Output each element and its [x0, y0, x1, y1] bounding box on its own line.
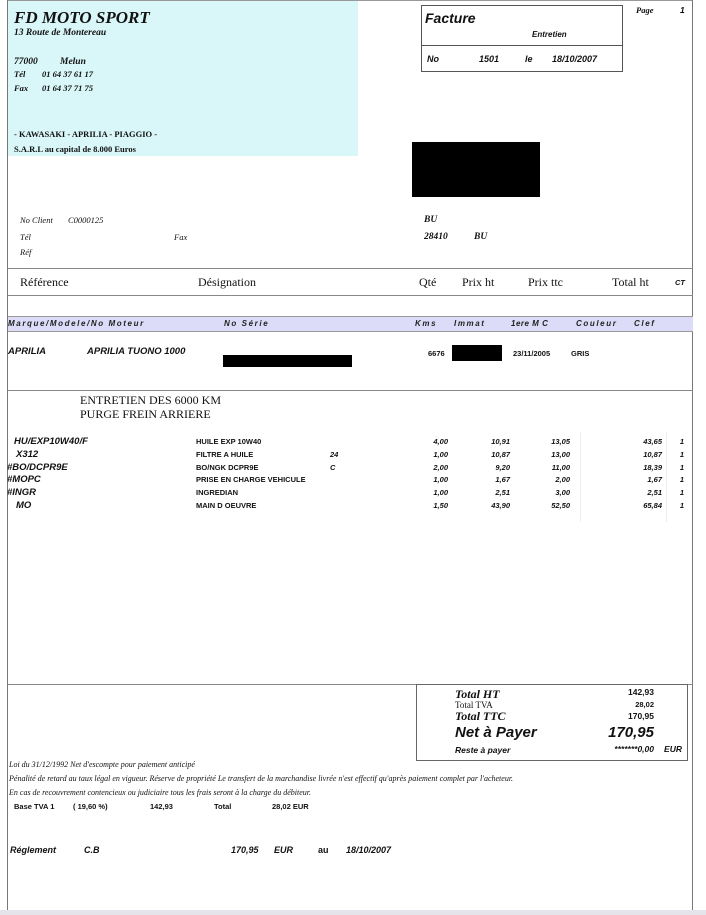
- vh-key: Clef: [634, 319, 656, 328]
- invoice-title: Facture: [425, 10, 476, 26]
- invoice-date-label: le: [525, 54, 533, 64]
- vehicle-model: APRILIA TUONO 1000: [87, 346, 185, 357]
- table-row: #MOPCPRISE EN CHARGE VEHICULE1,001,672,0…: [0, 474, 706, 487]
- item-ct: 1: [672, 437, 684, 446]
- net-to-pay-label: Net à Payer: [455, 724, 537, 741]
- item-price-ht: 10,87: [480, 450, 510, 459]
- redacted-client-name: [412, 142, 540, 197]
- invoice-date: 18/10/2007: [552, 54, 597, 64]
- item-reference: #INGR: [7, 487, 36, 498]
- company-tel: 01 64 37 61 17: [42, 69, 93, 79]
- col-designation: Désignation: [198, 275, 256, 290]
- company-legal: S.A.R.L au capital de 8.000 Euros: [14, 144, 136, 154]
- remaining-value: *******0,00: [614, 744, 654, 754]
- remaining-label: Reste à payer: [455, 745, 510, 755]
- vh-brand-model: Marque/Modele/No Moteur: [8, 319, 145, 328]
- table-row: X312FILTRE A HUILE241,0010,8713,0010,871: [0, 449, 706, 462]
- total-tva-value: 28,02: [635, 700, 654, 709]
- item-ct: 1: [672, 488, 684, 497]
- item-price-ht: 2,51: [480, 488, 510, 497]
- table-row: #BO/DCPR9EBO/NGK DCPR9EC2,009,2011,0018,…: [0, 462, 706, 475]
- vh-serial: No Série: [224, 319, 269, 328]
- page-bottom-edge: [0, 910, 706, 915]
- client-no-label: No Client: [20, 215, 53, 225]
- remaining-currency: EUR: [664, 744, 682, 754]
- item-qty: 1,00: [420, 475, 448, 484]
- client-city: BU: [474, 232, 487, 242]
- item-price-ht: 9,20: [480, 463, 510, 472]
- item-ct: 1: [672, 501, 684, 510]
- vehicle-brand: APRILIA: [8, 346, 46, 357]
- total-ht-value: 142,93: [628, 687, 654, 697]
- item-price-ttc: 52,50: [540, 501, 570, 510]
- client-fax-label: Fax: [174, 232, 187, 242]
- company-header: FD MOTO SPORT 13 Route de Montereau 7700…: [8, 1, 358, 156]
- header-top-rule: [8, 268, 693, 269]
- item-price-ttc: 13,00: [540, 450, 570, 459]
- vat-label: Base TVA 1: [14, 802, 54, 811]
- vehicle-kms: 6676: [428, 349, 445, 358]
- client-postcode: 28410: [424, 232, 448, 242]
- vat-total: 28,02 EUR: [272, 802, 309, 811]
- item-designation: BO/NGK DCPR9E: [196, 463, 259, 472]
- invoice-number: 1501: [479, 54, 499, 64]
- item-reference: MO: [16, 500, 31, 511]
- invoice-header-box: Facture Entretien No 1501 le 18/10/2007: [421, 5, 623, 72]
- legal-note-2: Pénalité de retard au taux légal en vigu…: [9, 774, 513, 783]
- legal-note-3: En cas de recouvrement contencieux ou ju…: [9, 788, 311, 797]
- table-row: #INGRINGREDIAN1,002,513,002,511: [0, 487, 706, 500]
- item-extra: 24: [330, 450, 350, 459]
- item-price-ttc: 11,00: [540, 463, 570, 472]
- company-name: FD MOTO SPORT: [14, 8, 150, 28]
- item-total-ht: 65,84: [630, 501, 662, 510]
- company-address: 13 Route de Montereau: [14, 28, 106, 38]
- item-price-ht: 43,90: [480, 501, 510, 510]
- work-description-2: PURGE FREIN ARRIERE: [80, 407, 211, 422]
- vehicle-color: GRIS: [571, 349, 589, 358]
- col-qty: Qté: [419, 275, 436, 290]
- vehicle-first-mc: 23/11/2005: [513, 349, 550, 358]
- payment-date: 18/10/2007: [346, 845, 391, 855]
- item-reference: #BO/DCPR9E: [7, 462, 68, 473]
- redacted-serial: [223, 355, 352, 367]
- item-designation: MAIN D OEUVRE: [196, 501, 256, 510]
- item-price-ttc: 2,00: [540, 475, 570, 484]
- invoice-number-label: No: [427, 54, 439, 64]
- payment-label: Réglement: [10, 845, 56, 855]
- item-designation: INGREDIAN: [196, 488, 238, 497]
- table-row: HU/EXP10W40/FHUILE EXP 10W404,0010,9113,…: [0, 436, 706, 449]
- redacted-immat: [452, 345, 502, 361]
- payment-at-label: au: [318, 845, 329, 855]
- item-total-ht: 1,67: [630, 475, 662, 484]
- vehicle-header-band: Marque/Modele/No Moteur No Série Kms Imm…: [8, 316, 693, 332]
- item-extra: C: [330, 463, 350, 472]
- payment-currency: EUR: [274, 845, 293, 855]
- company-postcode: 77000: [14, 57, 38, 67]
- col-price-ttc: Prix ttc: [528, 275, 563, 290]
- item-ct: 1: [672, 475, 684, 484]
- client-no: C0000125: [68, 215, 103, 225]
- vat-base: 142,93: [150, 802, 173, 811]
- invoice-box-divider: [422, 45, 622, 46]
- item-reference: X312: [16, 449, 38, 460]
- page-label: Page: [636, 5, 653, 15]
- table-row: MOMAIN D OEUVRE1,5043,9052,5065,841: [0, 500, 706, 513]
- company-brands: - KAWASAKI - APRILIA - PIAGGIO -: [14, 129, 157, 139]
- vat-total-label: Total: [214, 802, 231, 811]
- company-fax-label: Fax: [14, 83, 28, 93]
- item-designation: PRISE EN CHARGE VEHICULE: [196, 475, 306, 484]
- item-qty: 1,00: [420, 450, 448, 459]
- totals-box: Total HT 142,93 Total TVA 28,02 Total TT…: [416, 684, 688, 761]
- item-price-ttc: 3,00: [540, 488, 570, 497]
- company-city: Melun: [60, 57, 86, 67]
- client-ref-label: Réf: [20, 247, 31, 257]
- vehicle-bottom-rule: [8, 390, 693, 391]
- vh-immat: Immat: [454, 319, 486, 328]
- total-ttc-label: Total TTC: [455, 709, 506, 724]
- item-reference: HU/EXP10W40/F: [14, 436, 88, 447]
- item-ct: 1: [672, 463, 684, 472]
- client-name-line: BU: [424, 215, 437, 225]
- item-designation: FILTRE A HUILE: [196, 450, 253, 459]
- company-fax: 01 64 37 71 75: [42, 83, 93, 93]
- vh-color: Couleur: [576, 319, 617, 328]
- item-qty: 1,00: [420, 488, 448, 497]
- col-ct: CT: [675, 278, 685, 287]
- invoice-type: Entretien: [532, 30, 567, 39]
- col-price-ht: Prix ht: [462, 275, 494, 290]
- item-price-ht: 10,91: [480, 437, 510, 446]
- item-reference: #MOPC: [7, 474, 41, 485]
- col-total-ht: Total ht: [612, 275, 649, 290]
- col-reference: Référence: [20, 275, 69, 290]
- legal-note-1: Loi du 31/12/1992 Net d'escompte pour pa…: [9, 760, 195, 769]
- total-ttc-value: 170,95: [628, 711, 654, 721]
- payment-amount: 170,95: [231, 845, 259, 855]
- item-total-ht: 18,39: [630, 463, 662, 472]
- client-tel-label: Tél: [20, 232, 31, 242]
- net-to-pay-value: 170,95: [608, 724, 654, 741]
- item-price-ttc: 13,05: [540, 437, 570, 446]
- item-qty: 4,00: [420, 437, 448, 446]
- company-tel-label: Tél: [14, 69, 25, 79]
- item-total-ht: 2,51: [630, 488, 662, 497]
- vh-first-mc: 1ere M C: [511, 319, 548, 328]
- page-number: 1: [680, 5, 685, 15]
- item-total-ht: 10,87: [630, 450, 662, 459]
- work-description-1: ENTRETIEN DES 6000 KM: [80, 393, 221, 408]
- item-designation: HUILE EXP 10W40: [196, 437, 261, 446]
- payment-method: C.B: [84, 845, 100, 855]
- item-qty: 2,00: [420, 463, 448, 472]
- vh-kms: Kms: [415, 319, 437, 328]
- item-total-ht: 43,65: [630, 437, 662, 446]
- item-price-ht: 1,67: [480, 475, 510, 484]
- item-ct: 1: [672, 450, 684, 459]
- item-qty: 1,50: [420, 501, 448, 510]
- vat-rate: ( 19,60 %): [73, 802, 108, 811]
- header-bottom-rule: [8, 295, 693, 296]
